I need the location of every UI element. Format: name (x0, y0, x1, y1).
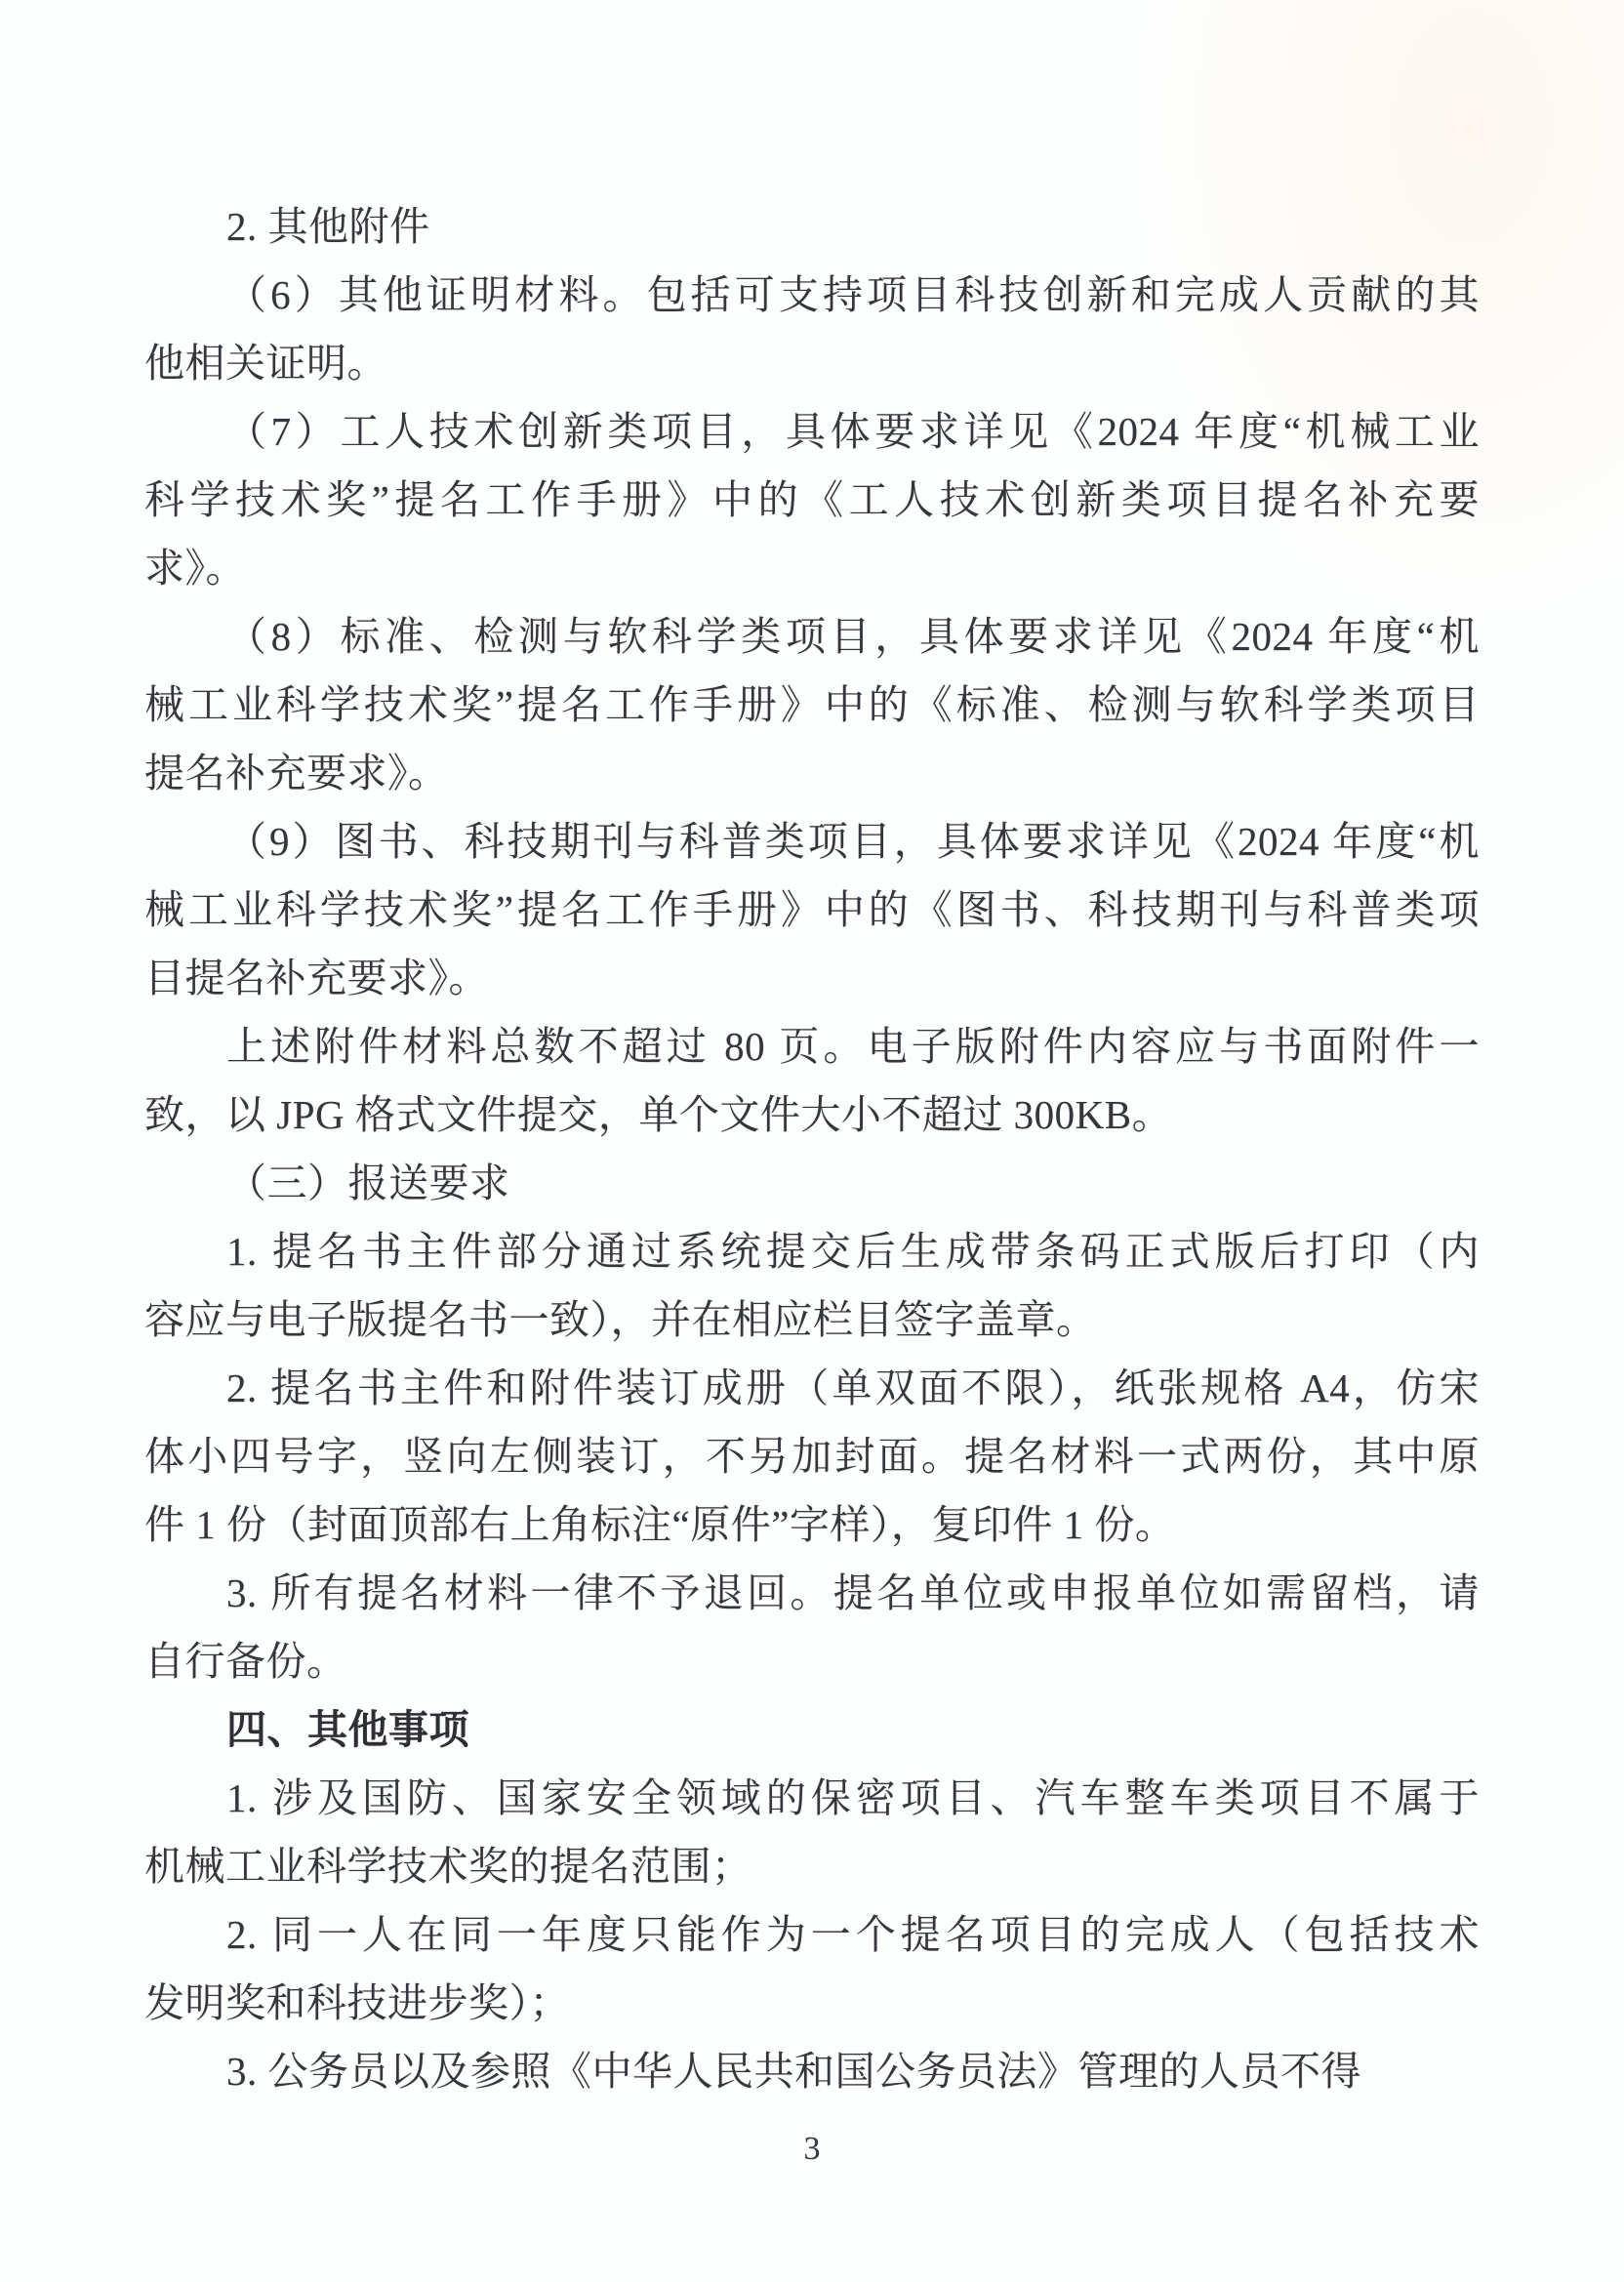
text-line: 科学技术奖”提名工作手册》中的《工人技术创新类项目提名补充要 (144, 466, 1480, 534)
text-line: 发明奖和科技进步奖）； (144, 1969, 1480, 2037)
other-matter-2: 2. 同一人在同一年度只能作为一个提名项目的完成人（包括技术发明奖和科技进步奖）… (144, 1900, 1480, 2037)
text-line: 体小四号字，竖向左侧装订，不另加封面。提名材料一式两份，其中原 (144, 1422, 1480, 1490)
submission-requirement-1: 1. 提名书主件部分通过系统提交后生成带条码正式版后打印（内容应与电子版提名书一… (144, 1217, 1480, 1354)
section-3-submission-requirements-heading: （三）报送要求 (144, 1149, 1480, 1217)
text-line: 1. 涉及国防、国家安全领域的保密项目、汽车整车类项目不属于 (144, 1764, 1480, 1832)
text-line: 2. 同一人在同一年度只能作为一个提名项目的完成人（包括技术 (144, 1900, 1480, 1969)
text-line: 容应与电子版提名书一致），并在相应栏目签字盖章。 (144, 1285, 1480, 1354)
document-body: 2. 其他附件（6）其他证明材料。包括可支持项目科技创新和完成人贡献的其他相关证… (0, 0, 1624, 2183)
text-line: 求》。 (144, 534, 1480, 602)
text-line: （三）报送要求 (144, 1149, 1480, 1217)
document-page: 2. 其他附件（6）其他证明材料。包括可支持项目科技创新和完成人贡献的其他相关证… (0, 0, 1624, 2282)
text-line: 目提名补充要求》。 (144, 944, 1480, 1012)
text-line: 2. 提名书主件和附件装订成册（单双面不限），纸张规格 A4，仿宋 (144, 1354, 1480, 1422)
text-line: 械工业科学技术奖”提名工作手册》中的《标准、检测与软科学类项目 (144, 671, 1480, 739)
attachment-page-and-format-limits: 上述附件材料总数不超过 80 页。电子版附件内容应与书面附件一致，以 JPG 格… (144, 1012, 1480, 1149)
text-line: 械工业科学技术奖”提名工作手册》中的《图书、科技期刊与科普类项 (144, 876, 1480, 944)
section-4-other-matters-heading: 四、其他事项 (144, 1695, 1480, 1764)
text-line: 3. 所有提名材料一律不予退回。提名单位或申报单位如需留档，请 (144, 1559, 1480, 1627)
text-line: （6）其他证明材料。包括可支持项目科技创新和完成人贡献的其 (144, 261, 1480, 329)
submission-requirement-3: 3. 所有提名材料一律不予退回。提名单位或申报单位如需留档，请自行备份。 (144, 1559, 1480, 1695)
text-line: 上述附件材料总数不超过 80 页。电子版附件内容应与书面附件一 (144, 1012, 1480, 1080)
text-line: 2. 其他附件 (144, 192, 1480, 261)
text-line: （9）图书、科技期刊与科普类项目，具体要求详见《2024 年度“机 (144, 807, 1480, 876)
other-matter-1: 1. 涉及国防、国家安全领域的保密项目、汽车整车类项目不属于机械工业科学技术奖的… (144, 1764, 1480, 1900)
item-2-other-attachments: 2. 其他附件 (144, 192, 1480, 261)
other-matter-3: 3. 公务员以及参照《中华人民共和国公务员法》管理的人员不得 (144, 2037, 1480, 2105)
item-8-standards-testing-soft-science-projects: （8）标准、检测与软科学类项目，具体要求详见《2024 年度“机械工业科学技术奖… (144, 602, 1480, 807)
text-line: 1. 提名书主件部分通过系统提交后生成带条码正式版后打印（内 (144, 1217, 1480, 1285)
text-line: （8）标准、检测与软科学类项目，具体要求详见《2024 年度“机 (144, 602, 1480, 671)
text-line: 提名补充要求》。 (144, 739, 1480, 807)
text-line: 四、其他事项 (144, 1695, 1480, 1764)
item-9-books-journals-popular-science-projects: （9）图书、科技期刊与科普类项目，具体要求详见《2024 年度“机械工业科学技术… (144, 807, 1480, 1012)
text-line: （7）工人技术创新类项目，具体要求详见《2024 年度“机械工业 (144, 397, 1480, 466)
submission-requirement-2: 2. 提名书主件和附件装订成册（单双面不限），纸张规格 A4，仿宋体小四号字，竖… (144, 1354, 1480, 1559)
text-line: 致，以 JPG 格式文件提交，单个文件大小不超过 300KB。 (144, 1080, 1480, 1149)
text-line: 3. 公务员以及参照《中华人民共和国公务员法》管理的人员不得 (144, 2037, 1480, 2105)
item-6-other-proof-materials: （6）其他证明材料。包括可支持项目科技创新和完成人贡献的其他相关证明。 (144, 261, 1480, 397)
text-line: 自行备份。 (144, 1627, 1480, 1695)
page-number: 3 (144, 2115, 1480, 2183)
text-line: 机械工业科学技术奖的提名范围； (144, 1832, 1480, 1900)
text-line: 件 1 份（封面顶部右上角标注“原件”字样），复印件 1 份。 (144, 1490, 1480, 1559)
text-line: 他相关证明。 (144, 329, 1480, 397)
item-7-worker-innovation-projects: （7）工人技术创新类项目，具体要求详见《2024 年度“机械工业科学技术奖”提名… (144, 397, 1480, 602)
